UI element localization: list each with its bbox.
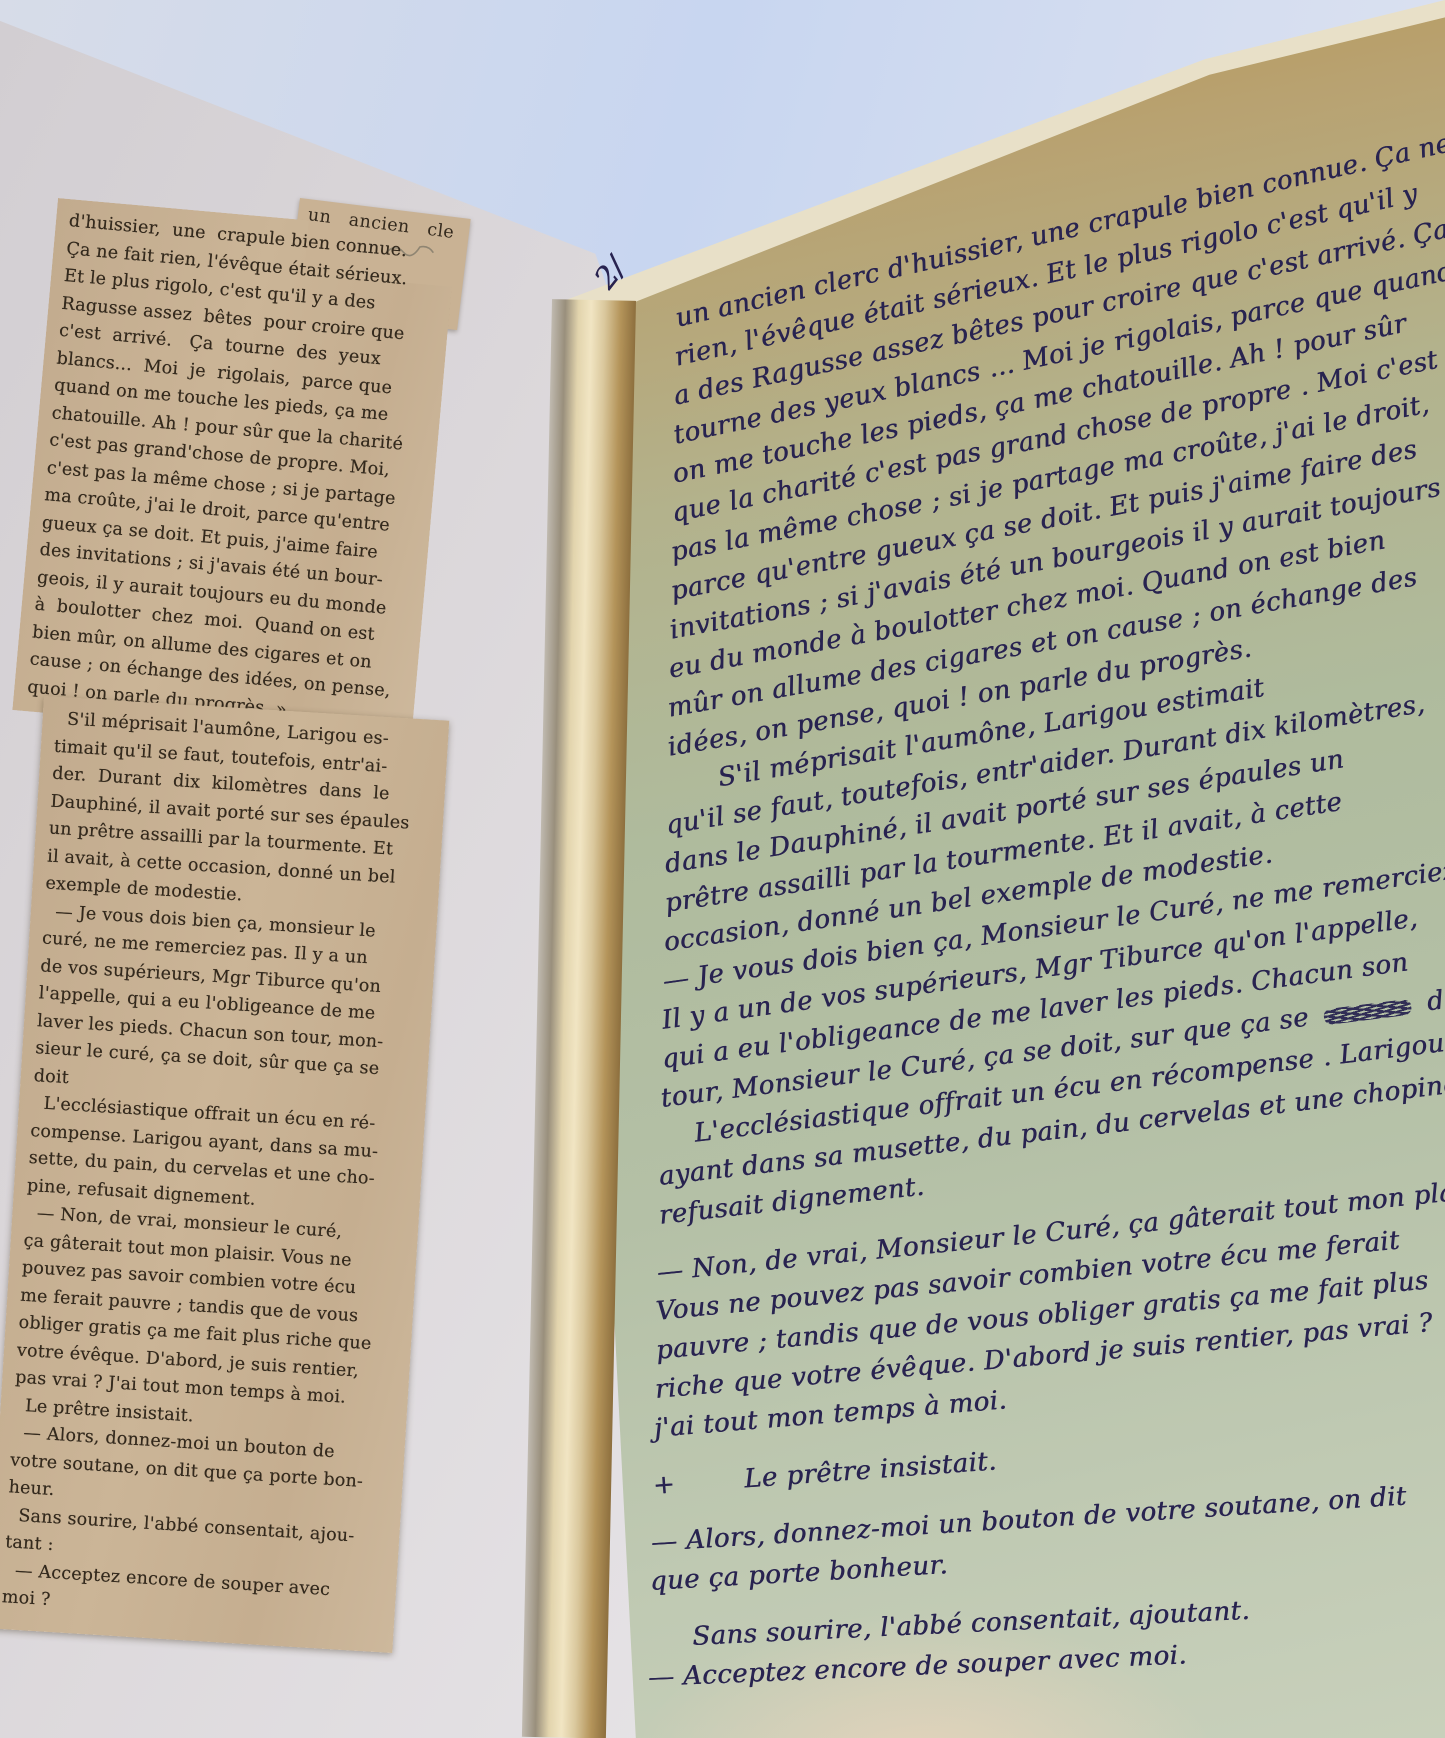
manuscript-lines: un ancien clerc d'huissier, une crapule … — [648, 300, 1445, 1698]
clipping-piece-2: S'il méprisait l'aumône, Larigou es-tima… — [0, 696, 449, 1653]
clipping-piece-2-lines: S'il méprisait l'aumône, Larigou es-tima… — [0, 696, 449, 1642]
scribbled-out-word — [1323, 999, 1412, 1026]
clipping-piece-1-lines: d'huissier, une crapule bien connue.Ça n… — [13, 198, 457, 742]
photo-open-book: un ancien cle d'huissier, une crapule bi… — [0, 0, 1445, 1738]
clipping-piece-1: d'huissier, une crapule bien connue.Ça n… — [12, 198, 456, 746]
